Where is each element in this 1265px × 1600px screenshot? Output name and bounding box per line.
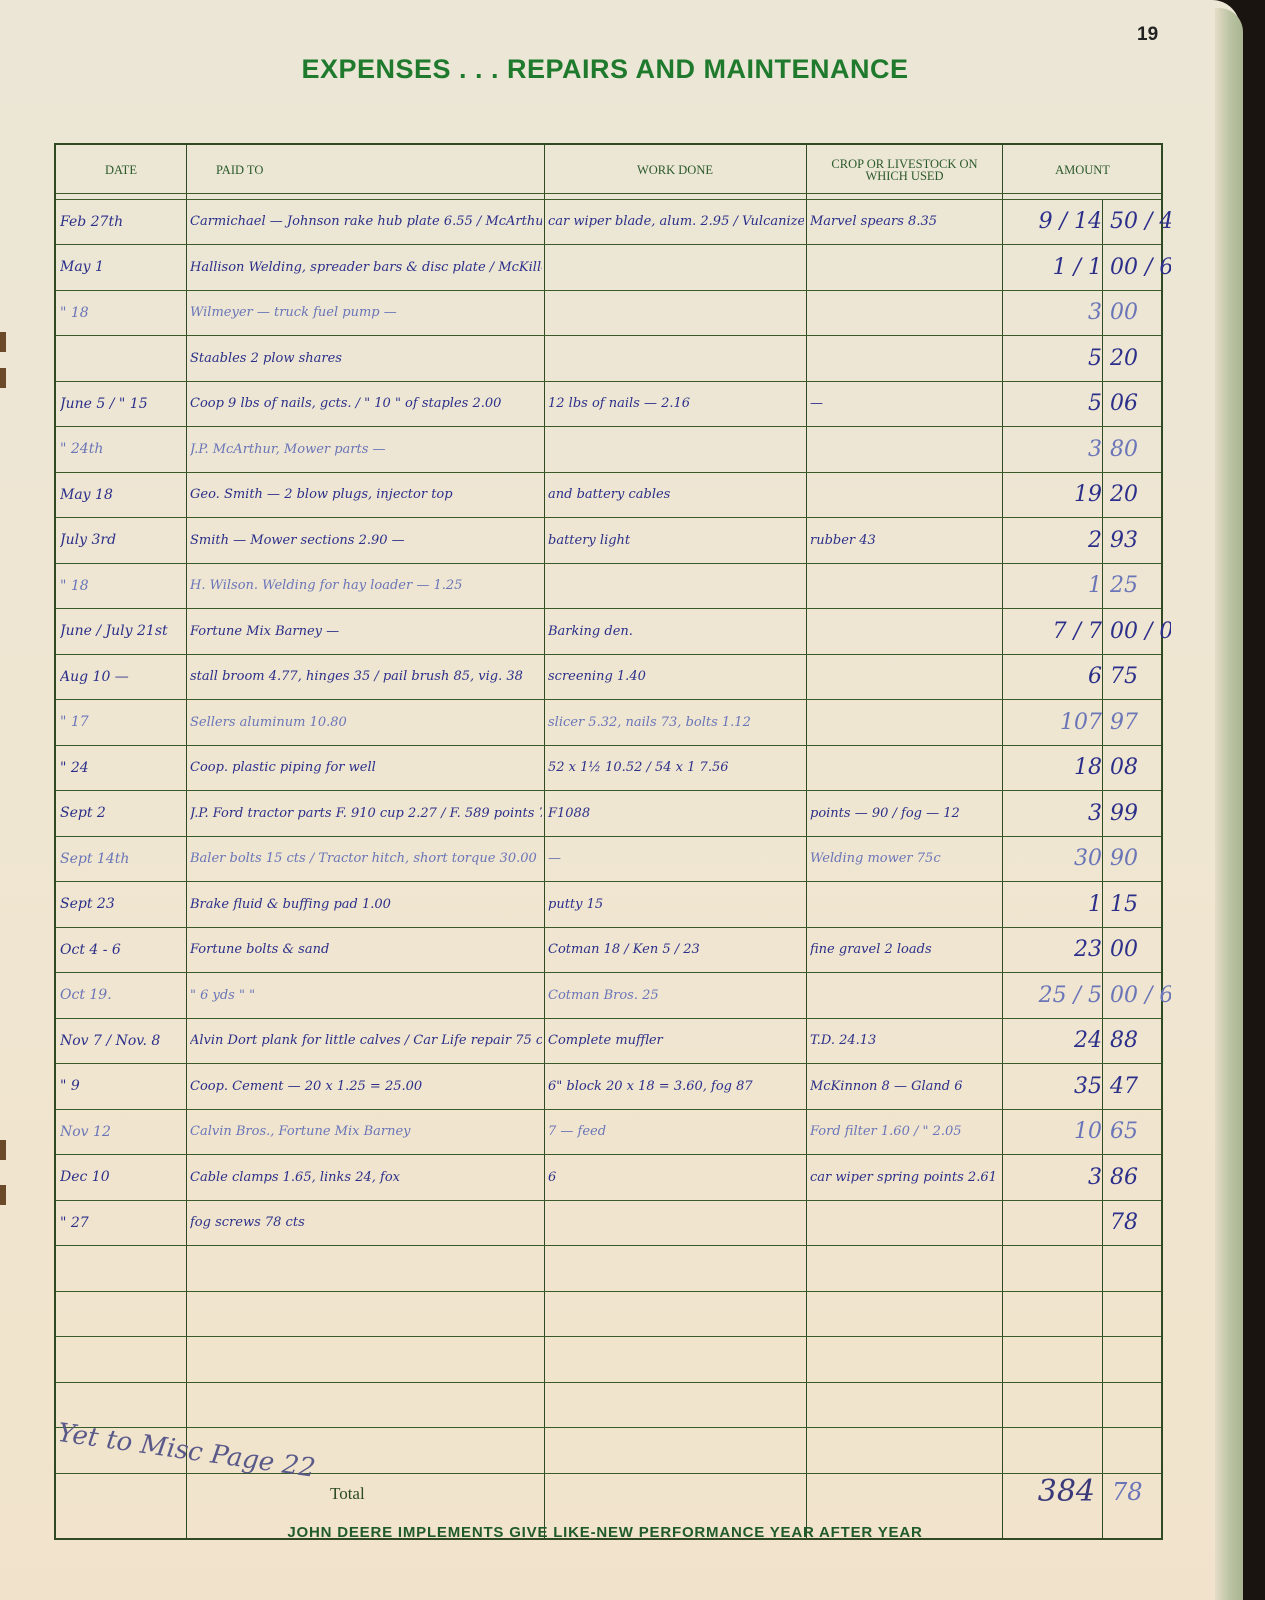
table-row: Sept 2J.P. Ford tractor parts F. 910 cup… bbox=[56, 791, 1161, 836]
cell-cents: 00 bbox=[1102, 290, 1171, 335]
cell-date: Oct 4 - 6 bbox=[60, 927, 184, 972]
cell-dollars: 23 bbox=[1002, 927, 1110, 972]
cell-paid-to: Fortune bolts & sand bbox=[190, 927, 542, 972]
table-row: Oct 4 - 6Fortune bolts & sandCotman 18 /… bbox=[56, 927, 1161, 972]
binding-ring bbox=[0, 332, 6, 352]
cell-paid-to: Cable clamps 1.65, links 24, fox bbox=[190, 1155, 542, 1200]
header-paid-to: PAID TO bbox=[216, 145, 416, 195]
cell-date: Nov 12 bbox=[60, 1109, 184, 1154]
cell-crop: rubber 43 bbox=[810, 518, 1000, 563]
cell-cents: 75 bbox=[1102, 654, 1171, 699]
cell-crop: Welding mower 75c bbox=[810, 836, 1000, 881]
header-crop: CROP OR LIVESTOCK ON WHICH USED bbox=[812, 145, 997, 195]
cell-date: July 3rd bbox=[60, 518, 184, 563]
table-row: Nov 12Calvin Bros., Fortune Mix Barney7 … bbox=[56, 1109, 1161, 1154]
cell-paid-to: Calvin Bros., Fortune Mix Barney bbox=[190, 1109, 542, 1154]
cell-cents: 47 bbox=[1102, 1064, 1171, 1109]
cell-work-done: Complete muffler bbox=[548, 1018, 804, 1063]
cell-dollars: 3 bbox=[1002, 791, 1110, 836]
cell-paid-to: Alvin Dort plank for little calves / Car… bbox=[190, 1018, 542, 1063]
table-row: " 18Wilmeyer — truck fuel pump —300 bbox=[56, 290, 1161, 335]
cell-work-done bbox=[548, 290, 804, 335]
cell-paid-to: Baler bolts 15 cts / Tractor hitch, shor… bbox=[190, 836, 542, 881]
cell-date: May 18 bbox=[60, 472, 184, 517]
cell-cents bbox=[1102, 1246, 1171, 1291]
cell-crop: points — 90 / fog — 12 bbox=[810, 791, 1000, 836]
cell-cents: 99 bbox=[1102, 791, 1171, 836]
cell-paid-to: Geo. Smith — 2 blow plugs, injector top bbox=[190, 472, 542, 517]
page-number: 19 bbox=[1137, 24, 1158, 46]
cell-cents: 50 / 40 bbox=[1102, 199, 1171, 244]
cell-dollars: 3 bbox=[1002, 290, 1110, 335]
cell-paid-to: Smith — Mower sections 2.90 — bbox=[190, 518, 542, 563]
header-rule bbox=[56, 193, 1161, 194]
cell-crop bbox=[810, 427, 1000, 472]
cell-work-done bbox=[548, 1337, 804, 1382]
cell-paid-to: Coop 9 lbs of nails, gcts. / " 10 " of s… bbox=[190, 381, 542, 426]
cell-crop bbox=[810, 1200, 1000, 1245]
cell-cents: 20 bbox=[1102, 472, 1171, 517]
cell-paid-to bbox=[190, 1382, 542, 1427]
cell-cents: 00 / 62 bbox=[1102, 973, 1171, 1018]
cell-cents: 90 bbox=[1102, 836, 1171, 881]
cell-dollars: 3 bbox=[1002, 427, 1110, 472]
cell-work-done bbox=[548, 245, 804, 290]
cell-work-done: 52 x 1½ 10.52 / 54 x 1 7.56 bbox=[548, 745, 804, 790]
cell-work-done: screening 1.40 bbox=[548, 654, 804, 699]
cell-work-done bbox=[548, 1428, 804, 1473]
header-amount: AMOUNT bbox=[1002, 145, 1163, 195]
cell-crop bbox=[810, 745, 1000, 790]
cell-date: Nov 7 / Nov. 8 bbox=[60, 1018, 184, 1063]
cell-date bbox=[60, 1246, 184, 1291]
cell-dollars bbox=[1002, 1428, 1110, 1473]
cell-cents: 80 bbox=[1102, 427, 1171, 472]
cell-crop: T.D. 24.13 bbox=[810, 1018, 1000, 1063]
cell-dollars: 19 bbox=[1002, 472, 1110, 517]
cell-work-done bbox=[548, 336, 804, 381]
header-work-done: WORK DONE bbox=[544, 145, 806, 195]
cell-paid-to: H. Wilson. Welding for hay loader — 1.25 bbox=[190, 563, 542, 608]
total-dollars: 384 bbox=[1030, 1474, 1095, 1509]
cell-dollars: 30 bbox=[1002, 836, 1110, 881]
cell-date: " 9 bbox=[60, 1064, 184, 1109]
cell-dollars: 24 bbox=[1002, 1018, 1110, 1063]
cell-work-done: F1088 bbox=[548, 791, 804, 836]
table-row bbox=[56, 1246, 1161, 1291]
cell-cents bbox=[1102, 1337, 1171, 1382]
cell-crop bbox=[810, 1382, 1000, 1427]
cell-dollars: 18 bbox=[1002, 745, 1110, 790]
cell-dollars: 5 bbox=[1002, 381, 1110, 426]
cell-paid-to: J.P. McArthur, Mower parts — bbox=[190, 427, 542, 472]
cell-cents: 88 bbox=[1102, 1018, 1171, 1063]
cell-cents: 20 bbox=[1102, 336, 1171, 381]
cell-date bbox=[60, 1291, 184, 1336]
cell-dollars: 5 bbox=[1002, 336, 1110, 381]
table-row: " 18H. Wilson. Welding for hay loader — … bbox=[56, 563, 1161, 608]
cell-crop bbox=[810, 882, 1000, 927]
binding-ring bbox=[0, 1140, 6, 1160]
cell-date: June / July 21st bbox=[60, 609, 184, 654]
cell-work-done: 6 bbox=[548, 1155, 804, 1200]
cell-paid-to bbox=[190, 1246, 542, 1291]
cell-paid-to: Wilmeyer — truck fuel pump — bbox=[190, 290, 542, 335]
table-row bbox=[56, 1291, 1161, 1336]
cell-crop: fine gravel 2 loads bbox=[810, 927, 1000, 972]
cell-work-done: 12 lbs of nails — 2.16 bbox=[548, 381, 804, 426]
cell-dollars: 1 / 1 bbox=[1002, 245, 1110, 290]
cell-dollars bbox=[1002, 1200, 1110, 1245]
cell-paid-to: Coop. Cement — 20 x 1.25 = 25.00 bbox=[190, 1064, 542, 1109]
cell-dollars: 10 bbox=[1002, 1109, 1110, 1154]
cell-dollars: 1 bbox=[1002, 882, 1110, 927]
ledger-page: 19 EXPENSES . . . REPAIRS AND MAINTENANC… bbox=[0, 0, 1240, 1600]
cell-date: " 17 bbox=[60, 700, 184, 745]
cell-crop: McKinnon 8 — Gland 6 bbox=[810, 1064, 1000, 1109]
cell-paid-to: fog screws 78 cts bbox=[190, 1200, 542, 1245]
cell-dollars: 35 bbox=[1002, 1064, 1110, 1109]
cell-dollars bbox=[1002, 1291, 1110, 1336]
cell-cents: 00 / 64 bbox=[1102, 245, 1171, 290]
book-edge bbox=[1215, 8, 1243, 1600]
header-date: DATE bbox=[56, 145, 186, 195]
cell-crop bbox=[810, 290, 1000, 335]
cell-dollars bbox=[1002, 1382, 1110, 1427]
cell-work-done bbox=[548, 1291, 804, 1336]
cell-crop bbox=[810, 472, 1000, 517]
cell-paid-to: Sellers aluminum 10.80 bbox=[190, 700, 542, 745]
cell-crop: — bbox=[810, 381, 1000, 426]
cell-paid-to: Coop. plastic piping for well bbox=[190, 745, 542, 790]
table-row: May 1Hallison Welding, spreader bars & d… bbox=[56, 245, 1161, 290]
cell-crop bbox=[810, 563, 1000, 608]
cell-cents: 15 bbox=[1102, 882, 1171, 927]
cell-dollars: 3 bbox=[1002, 1155, 1110, 1200]
cell-work-done bbox=[548, 563, 804, 608]
cell-work-done: Cotman 18 / Ken 5 / 23 bbox=[548, 927, 804, 972]
row-rule bbox=[56, 1473, 1161, 1474]
cell-crop bbox=[810, 1246, 1000, 1291]
cell-dollars: 9 / 14 bbox=[1002, 199, 1110, 244]
cell-date: Sept 14th bbox=[60, 836, 184, 881]
cell-crop: Ford filter 1.60 / " 2.05 bbox=[810, 1109, 1000, 1154]
cell-dollars: 1 bbox=[1002, 563, 1110, 608]
table-row bbox=[56, 1382, 1161, 1427]
table-row: Sept 23Brake fluid & buffing pad 1.00put… bbox=[56, 882, 1161, 927]
cell-cents: 08 bbox=[1102, 745, 1171, 790]
cell-cents: 06 bbox=[1102, 381, 1171, 426]
cell-work-done bbox=[548, 1382, 804, 1427]
cell-crop bbox=[810, 1428, 1000, 1473]
cell-dollars: 7 / 7 bbox=[1002, 609, 1110, 654]
cell-work-done: Barking den. bbox=[548, 609, 804, 654]
total-cents: 78 bbox=[1112, 1478, 1143, 1506]
cell-cents: 97 bbox=[1102, 700, 1171, 745]
cell-paid-to: Carmichael — Johnson rake hub plate 6.55… bbox=[190, 199, 542, 244]
cell-cents: 78 bbox=[1102, 1200, 1171, 1245]
cell-crop bbox=[810, 1337, 1000, 1382]
cell-date bbox=[60, 336, 184, 381]
cell-date: Sept 23 bbox=[60, 882, 184, 927]
cell-crop bbox=[810, 654, 1000, 699]
cell-crop: car wiper spring points 2.61 bbox=[810, 1155, 1000, 1200]
cell-crop: Marvel spears 8.35 bbox=[810, 199, 1000, 244]
table-row: July 3rdSmith — Mower sections 2.90 —bat… bbox=[56, 518, 1161, 563]
table-row: Aug 10 —stall broom 4.77, hinges 35 / pa… bbox=[56, 654, 1161, 699]
cell-dollars: 25 / 5 bbox=[1002, 973, 1110, 1018]
cell-date: " 24th bbox=[60, 427, 184, 472]
cell-date: Oct 19. bbox=[60, 973, 184, 1018]
cell-work-done bbox=[548, 427, 804, 472]
table-row: Staables 2 plow shares520 bbox=[56, 336, 1161, 381]
cell-work-done bbox=[548, 1246, 804, 1291]
expense-table: DATE PAID TO WORK DONE CROP OR LIVESTOCK… bbox=[54, 143, 1163, 1540]
cell-dollars bbox=[1002, 1246, 1110, 1291]
table-row: " 27fog screws 78 cts78 bbox=[56, 1200, 1161, 1245]
table-row: " 9Coop. Cement — 20 x 1.25 = 25.006" bl… bbox=[56, 1064, 1161, 1109]
cell-date: Dec 10 bbox=[60, 1155, 184, 1200]
cell-date: May 1 bbox=[60, 245, 184, 290]
cell-cents: 86 bbox=[1102, 1155, 1171, 1200]
cell-work-done: 7 — feed bbox=[548, 1109, 804, 1154]
total-label: Total bbox=[330, 1484, 365, 1504]
cell-work-done bbox=[548, 1200, 804, 1245]
cell-dollars bbox=[1002, 1337, 1110, 1382]
cell-paid-to bbox=[190, 1337, 542, 1382]
table-row: " 17Sellers aluminum 10.80slicer 5.32, n… bbox=[56, 700, 1161, 745]
cell-work-done: battery light bbox=[548, 518, 804, 563]
table-row: May 18Geo. Smith — 2 blow plugs, injecto… bbox=[56, 472, 1161, 517]
cell-work-done: and battery cables bbox=[548, 472, 804, 517]
cell-date: " 18 bbox=[60, 290, 184, 335]
page-title: EXPENSES . . . REPAIRS AND MAINTENANCE bbox=[0, 54, 1210, 85]
table-row: Sept 14thBaler bolts 15 cts / Tractor hi… bbox=[56, 836, 1161, 881]
cell-dollars: 2 bbox=[1002, 518, 1110, 563]
cell-cents: 00 / 00 bbox=[1102, 609, 1171, 654]
table-row bbox=[56, 1337, 1161, 1382]
table-row: " 24thJ.P. McArthur, Mower parts —380 bbox=[56, 427, 1161, 472]
table-row: Nov 7 / Nov. 8Alvin Dort plank for littl… bbox=[56, 1018, 1161, 1063]
cell-cents bbox=[1102, 1428, 1171, 1473]
cell-paid-to: J.P. Ford tractor parts F. 910 cup 2.27 … bbox=[190, 791, 542, 836]
cell-crop bbox=[810, 609, 1000, 654]
cell-crop bbox=[810, 336, 1000, 381]
table-row: June / July 21stFortune Mix Barney —Bark… bbox=[56, 609, 1161, 654]
table-row: June 5 / " 15Coop 9 lbs of nails, gcts. … bbox=[56, 381, 1161, 426]
footer-slogan: JOHN DEERE IMPLEMENTS GIVE LIKE-NEW PERF… bbox=[0, 1524, 1210, 1541]
cell-cents: 00 bbox=[1102, 927, 1171, 972]
cell-paid-to: Fortune Mix Barney — bbox=[190, 609, 542, 654]
cell-dollars: 6 bbox=[1002, 654, 1110, 699]
cell-work-done: car wiper blade, alum. 2.95 / Vulcanized… bbox=[548, 199, 804, 244]
cell-crop bbox=[810, 245, 1000, 290]
table-row: Oct 19." 6 yds " "Cotman Bros. 2525 / 50… bbox=[56, 973, 1161, 1018]
table-row: Feb 27thCarmichael — Johnson rake hub pl… bbox=[56, 199, 1161, 244]
cell-date: June 5 / " 15 bbox=[60, 381, 184, 426]
cell-crop bbox=[810, 700, 1000, 745]
cell-work-done: slicer 5.32, nails 73, bolts 1.12 bbox=[548, 700, 804, 745]
cell-cents: 93 bbox=[1102, 518, 1171, 563]
cell-crop bbox=[810, 973, 1000, 1018]
cell-cents: 65 bbox=[1102, 1109, 1171, 1154]
table-row: " 24Coop. plastic piping for well52 x 1½… bbox=[56, 745, 1161, 790]
cell-paid-to: stall broom 4.77, hinges 35 / pail brush… bbox=[190, 654, 542, 699]
cell-crop bbox=[810, 1291, 1000, 1336]
cell-work-done: 6" block 20 x 18 = 3.60, fog 87 bbox=[548, 1064, 804, 1109]
cell-paid-to: Brake fluid & buffing pad 1.00 bbox=[190, 882, 542, 927]
cell-date: Sept 2 bbox=[60, 791, 184, 836]
table-row: Dec 10Cable clamps 1.65, links 24, fox6c… bbox=[56, 1155, 1161, 1200]
cell-date: Aug 10 — bbox=[60, 654, 184, 699]
cell-work-done: — bbox=[548, 836, 804, 881]
cell-paid-to: Staables 2 plow shares bbox=[190, 336, 542, 381]
cell-dollars: 107 bbox=[1002, 700, 1110, 745]
cell-cents bbox=[1102, 1382, 1171, 1427]
cell-date: Feb 27th bbox=[60, 199, 184, 244]
cell-paid-to: " 6 yds " " bbox=[190, 973, 542, 1018]
cell-cents bbox=[1102, 1291, 1171, 1336]
cell-date: " 27 bbox=[60, 1200, 184, 1245]
cell-paid-to bbox=[190, 1291, 542, 1336]
cell-paid-to: Hallison Welding, spreader bars & disc p… bbox=[190, 245, 542, 290]
binding-ring bbox=[0, 1185, 6, 1205]
cell-date: " 24 bbox=[60, 745, 184, 790]
cell-date bbox=[60, 1337, 184, 1382]
cell-work-done: Cotman Bros. 25 bbox=[548, 973, 804, 1018]
cell-date: " 18 bbox=[60, 563, 184, 608]
binding-ring bbox=[0, 368, 6, 388]
cell-work-done: putty 15 bbox=[548, 882, 804, 927]
cell-cents: 25 bbox=[1102, 563, 1171, 608]
